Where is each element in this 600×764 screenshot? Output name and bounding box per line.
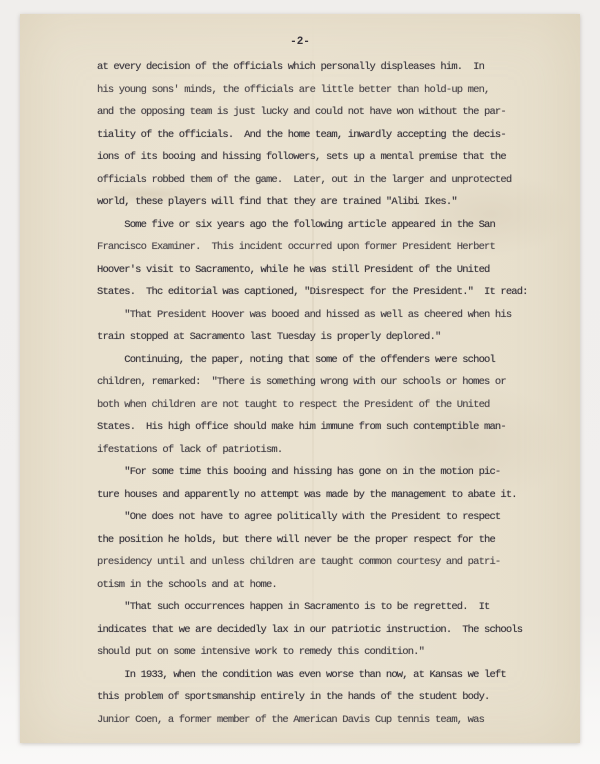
text-line: the position he holds, but there will ne… — [97, 529, 580, 552]
text-line: indicates that we are decidedly lax in o… — [97, 619, 580, 642]
text-line: "That President Hoover was booed and his… — [97, 304, 580, 327]
text-line: ions of its booing and hissing followers… — [97, 146, 580, 169]
text-line: presidency until and unless children are… — [97, 551, 580, 574]
text-line: at every decision of the officials which… — [97, 56, 580, 79]
text-line: his young sons' minds, the officials are… — [97, 79, 580, 102]
scanned-page-background: -2- at every decision of the officials w… — [0, 0, 600, 764]
typed-text-body: at every decision of the officials which… — [20, 56, 580, 731]
text-line: ifestations of lack of patriotism. — [97, 439, 580, 462]
text-line: Junior Coen, a former member of the Amer… — [97, 709, 580, 732]
text-line: officials robbed them of the game. Later… — [97, 169, 580, 192]
text-line: ture houses and apparently no attempt wa… — [97, 484, 580, 507]
text-line: should put on some intensive work to rem… — [97, 641, 580, 664]
text-line: Some five or six years ago the following… — [97, 214, 580, 237]
text-line: Continuing, the paper, noting that some … — [97, 349, 580, 372]
page-number: -2- — [20, 14, 580, 48]
text-line: States. His high office should make him … — [97, 416, 580, 439]
text-line: this problem of sportsmanship entirely i… — [97, 686, 580, 709]
text-line: tiality of the officials. And the home t… — [97, 124, 580, 147]
text-line: children, remarked: "There is something … — [97, 371, 580, 394]
text-line: Francisco Examiner. This incident occurr… — [97, 236, 580, 259]
text-line: "One does not have to agree politically … — [97, 506, 580, 529]
text-line: "For some time this booing and hissing h… — [97, 461, 580, 484]
text-line: world, these players will find that they… — [97, 191, 580, 214]
text-line: States. Thc editorial was captioned, "Di… — [97, 281, 580, 304]
text-line: both when children are not taught to res… — [97, 394, 580, 417]
typewritten-page: -2- at every decision of the officials w… — [20, 14, 580, 743]
text-line: train stopped at Sacramento last Tuesday… — [97, 326, 580, 349]
text-line: "That such occurrences happen in Sacrame… — [97, 596, 580, 619]
text-line: otism in the schools and at home. — [97, 574, 580, 597]
text-line: Hoover's visit to Sacramento, while he w… — [97, 259, 580, 282]
text-line: In 1933, when the condition was even wor… — [97, 664, 580, 687]
text-line: and the opposing team is just lucky and … — [97, 101, 580, 124]
